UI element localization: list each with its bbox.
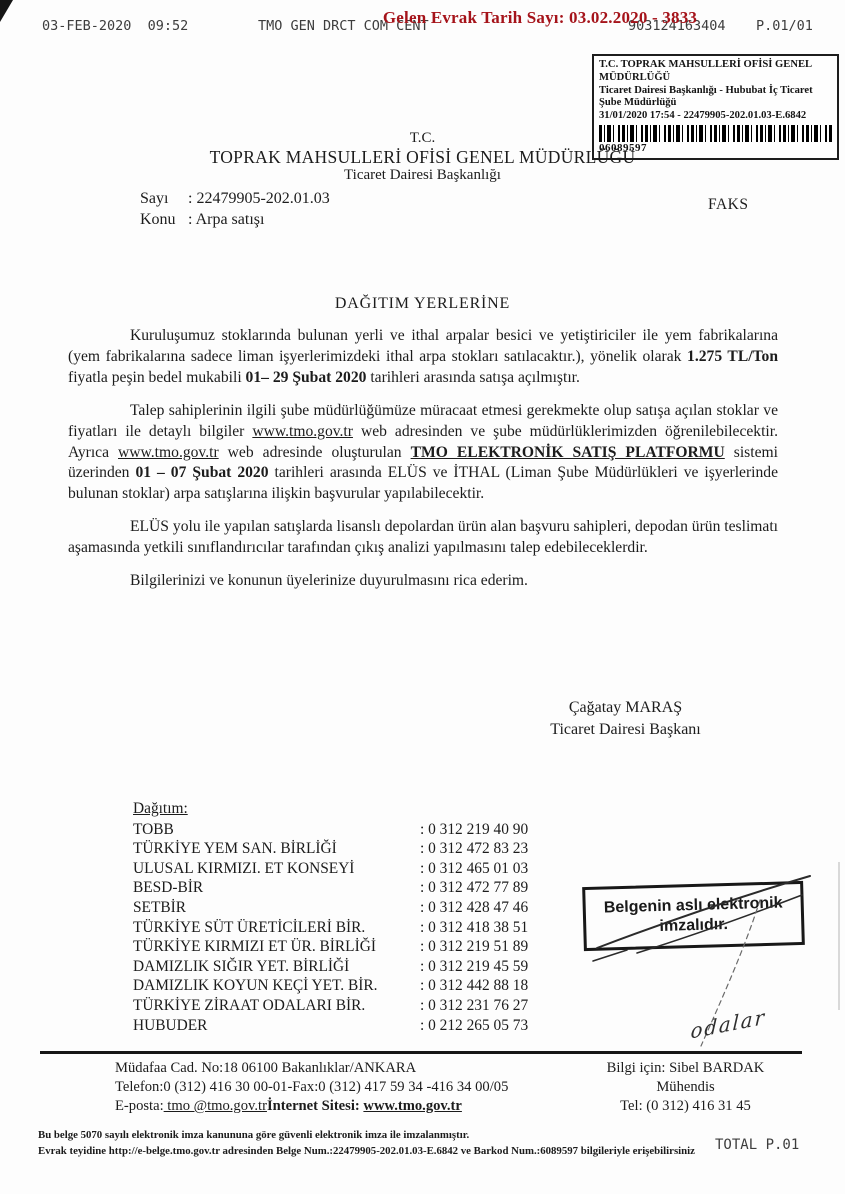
contact-title: Mühendis — [568, 1078, 803, 1097]
email-address: tmo @tmo.gov.tr — [164, 1098, 267, 1114]
body-paragraph: Kuruluşumuz stoklarında bulunan yerli ve… — [68, 326, 778, 389]
recipient-name: HUBUDER — [133, 1016, 420, 1036]
recipient-name: TÜRKİYE SÜT ÜRETİCİLERİ BİR. — [133, 918, 420, 938]
sayi-label: Sayı — [140, 188, 188, 209]
recipient-phone: : 0 312 472 77 89 — [420, 878, 528, 898]
recipient-phone: : 0 312 231 76 27 — [420, 996, 528, 1016]
distribution-row: TÜRKİYE KIRMIZI ET ÜR. BİRLİĞİ: 0 312 21… — [133, 937, 528, 957]
registry-org-line: T.C. TOPRAK MAHSULLERİ OFİSİ GENEL MÜDÜR… — [599, 59, 832, 85]
distribution-row: HUBUDER: 0 212 265 05 73 — [133, 1016, 528, 1036]
fax-page-indicator: P.01/01 — [756, 18, 813, 34]
text-segment: Kuruluşumuz stoklarında bulunan yerli ve… — [68, 327, 778, 365]
electronic-signature-stamp: Belgenin aslı elektronik imzalıdır. — [582, 881, 805, 951]
text-segment: tarihleri arasında satışa açılmıştır. — [366, 369, 579, 386]
body-paragraph: Bilgilerinizi ve konunun üyelerinize duy… — [68, 571, 778, 592]
recipient-name: TOBB — [133, 820, 420, 840]
website-url: www.tmo.gov.tr — [363, 1098, 462, 1114]
legal-notice: Bu belge 5070 sayılı elektronik imza kan… — [38, 1127, 695, 1159]
recipient-name: DAMIZLIK KOYUN KEÇİ YET. BİR. — [133, 976, 420, 996]
footer-address: Müdafaa Cad. No:18 06100 Bakanlıklar/ANK… — [115, 1059, 508, 1078]
distribution-row: TÜRKİYE YEM SAN. BİRLİĞİ: 0 312 472 83 2… — [133, 839, 528, 859]
faks-label: FAKS — [708, 196, 748, 214]
reference-konu-row: Konu : Arpa satışı — [140, 209, 330, 230]
legal-line1: Bu belge 5070 sayılı elektronik imza kan… — [38, 1127, 695, 1143]
sayi-value: : 22479905-202.01.03 — [188, 188, 330, 209]
body-paragraph: ELÜS yolu ile yapılan satışlarda lisansl… — [68, 517, 778, 559]
handwritten-note: odalar — [690, 1004, 767, 1043]
distribution-row: ULUSAL KIRMIZI. ET KONSEYİ: 0 312 465 01… — [133, 859, 528, 879]
recipient-phone: : 0 212 265 05 73 — [420, 1016, 528, 1036]
footer-divider — [40, 1051, 802, 1054]
distribution-row: TOBB: 0 312 219 40 90 — [133, 820, 528, 840]
recipient-phone: : 0 312 418 38 51 — [420, 918, 528, 938]
body-text: Kuruluşumuz stoklarında bulunan yerli ve… — [68, 326, 778, 604]
reference-block: Sayı : 22479905-202.01.03 Konu : Arpa sa… — [140, 188, 330, 230]
footer-contact-left: Müdafaa Cad. No:18 06100 Bakanlıklar/ANK… — [115, 1059, 508, 1116]
text-segment: web adresinde oluşturulan — [219, 444, 411, 461]
text-segment: www.tmo.gov.tr — [252, 423, 353, 440]
recipient-name: SETBİR — [133, 898, 420, 918]
text-segment: Bilgilerinizi ve konunun üyelerinize duy… — [130, 572, 528, 589]
recipient-name: TÜRKİYE YEM SAN. BİRLİĞİ — [133, 839, 420, 859]
registry-dept-line: Ticaret Dairesi Başkanlığı - Hububat İç … — [599, 85, 832, 111]
text-segment: fiyatla peşin bedel mukabili — [68, 369, 246, 386]
scan-edge-artifact — [838, 862, 840, 1010]
contact-tel: Tel: (0 312) 416 31 45 — [568, 1097, 803, 1116]
text-segment: 01– 29 Şubat 2020 — [246, 369, 367, 386]
recipient-phone: : 0 312 465 01 03 — [420, 859, 528, 879]
legal-line2: Evrak teyidine http://e-belge.tmo.gov.tr… — [38, 1143, 695, 1159]
recipient-name: BESD-BİR — [133, 878, 420, 898]
text-segment: ELÜS yolu ile yapılan satışlarda lisansl… — [68, 518, 778, 556]
recipient-phone: : 0 312 428 47 46 — [420, 898, 528, 918]
distribution-row: TÜRKİYE ZİRAAT ODALARI BİR.: 0 312 231 7… — [133, 996, 528, 1016]
distribution-row: DAMIZLIK SIĞIR YET. BİRLİĞİ: 0 312 219 4… — [133, 957, 528, 977]
text-segment: 1.275 TL/Ton — [687, 348, 778, 365]
reference-sayi-row: Sayı : 22479905-202.01.03 — [140, 188, 330, 209]
recipient-phone: : 0 312 219 51 89 — [420, 937, 528, 957]
footer-phone-line: Telefon:0 (312) 416 30 00-01-Fax:0 (312)… — [115, 1078, 508, 1097]
recipient-phone: : 0 312 472 83 23 — [420, 839, 528, 859]
recipient-name: DAMIZLIK SIĞIR YET. BİRLİĞİ — [133, 957, 420, 977]
recipient-phone: : 0 312 219 40 90 — [420, 820, 528, 840]
distribution-row: SETBİR: 0 312 428 47 46 — [133, 898, 528, 918]
subject-heading: DAĞITIM YERLERİNE — [0, 295, 845, 313]
recipient-phone: : 0 312 442 88 18 — [420, 976, 528, 996]
distribution-row: DAMIZLIK KOYUN KEÇİ YET. BİR.: 0 312 442… — [133, 976, 528, 996]
incoming-document-stamp: Gelen Evrak Tarih Sayı: 03.02.2020 - 383… — [340, 8, 740, 28]
body-paragraph: Talep sahiplerinin ilgili şube müdürlüğü… — [68, 401, 778, 506]
recipient-name: TÜRKİYE ZİRAAT ODALARI BİR. — [133, 996, 420, 1016]
fax-datetime: 03-FEB-2020 09:52 — [42, 18, 188, 34]
email-label: E-posta: — [115, 1098, 164, 1114]
distribution-list: Dağıtım: TOBB: 0 312 219 40 90TÜRKİYE YE… — [133, 799, 528, 1035]
signer-title: Ticaret Dairesi Başkanı — [498, 719, 753, 741]
registry-date-ref-line: 31/01/2020 17:54 - 22479905-202.01.03-E.… — [599, 110, 832, 123]
text-segment: 01 – 07 Şubat 2020 — [135, 464, 268, 481]
fax-total-pages: TOTAL P.01 — [715, 1137, 799, 1153]
text-segment: www.tmo.gov.tr — [118, 444, 219, 461]
fax-document-page: 03-FEB-2020 09:52 TMO GEN DRCT COM CENT … — [0, 0, 845, 1194]
recipient-name: TÜRKİYE KIRMIZI ET ÜR. BİRLİĞİ — [133, 937, 420, 957]
konu-value: : Arpa satışı — [188, 209, 264, 230]
distribution-heading: Dağıtım: — [133, 799, 528, 819]
signer-name: Çağatay MARAŞ — [498, 697, 753, 719]
letterhead-tc: T.C. — [0, 130, 845, 147]
distribution-rows: TOBB: 0 312 219 40 90TÜRKİYE YEM SAN. Bİ… — [133, 820, 528, 1036]
konu-label: Konu — [140, 209, 188, 230]
footer-email-line: E-posta: tmo @tmo.gov.trİnternet Sitesi:… — [115, 1097, 508, 1116]
text-segment: TMO ELEKTRONİK SATIŞ PLATFORMU — [411, 444, 725, 461]
contact-name: Bilgi için: Sibel BARDAK — [568, 1059, 803, 1078]
closing-signature-block: Çağatay MARAŞ Ticaret Dairesi Başkanı — [498, 697, 753, 741]
distribution-row: TÜRKİYE SÜT ÜRETİCİLERİ BİR.: 0 312 418 … — [133, 918, 528, 938]
distribution-row: BESD-BİR: 0 312 472 77 89 — [133, 878, 528, 898]
recipient-name: ULUSAL KIRMIZI. ET KONSEYİ — [133, 859, 420, 879]
letterhead-organization: TOPRAK MAHSULLERİ OFİSİ GENEL MÜDÜRLÜĞÜ — [0, 147, 845, 168]
footer-contact-right: Bilgi için: Sibel BARDAK Mühendis Tel: (… — [568, 1059, 803, 1116]
website-label: İnternet Sitesi: — [267, 1098, 363, 1114]
letterhead-department: Ticaret Dairesi Başkanlığı — [0, 167, 845, 184]
recipient-phone: : 0 312 219 45 59 — [420, 957, 528, 977]
